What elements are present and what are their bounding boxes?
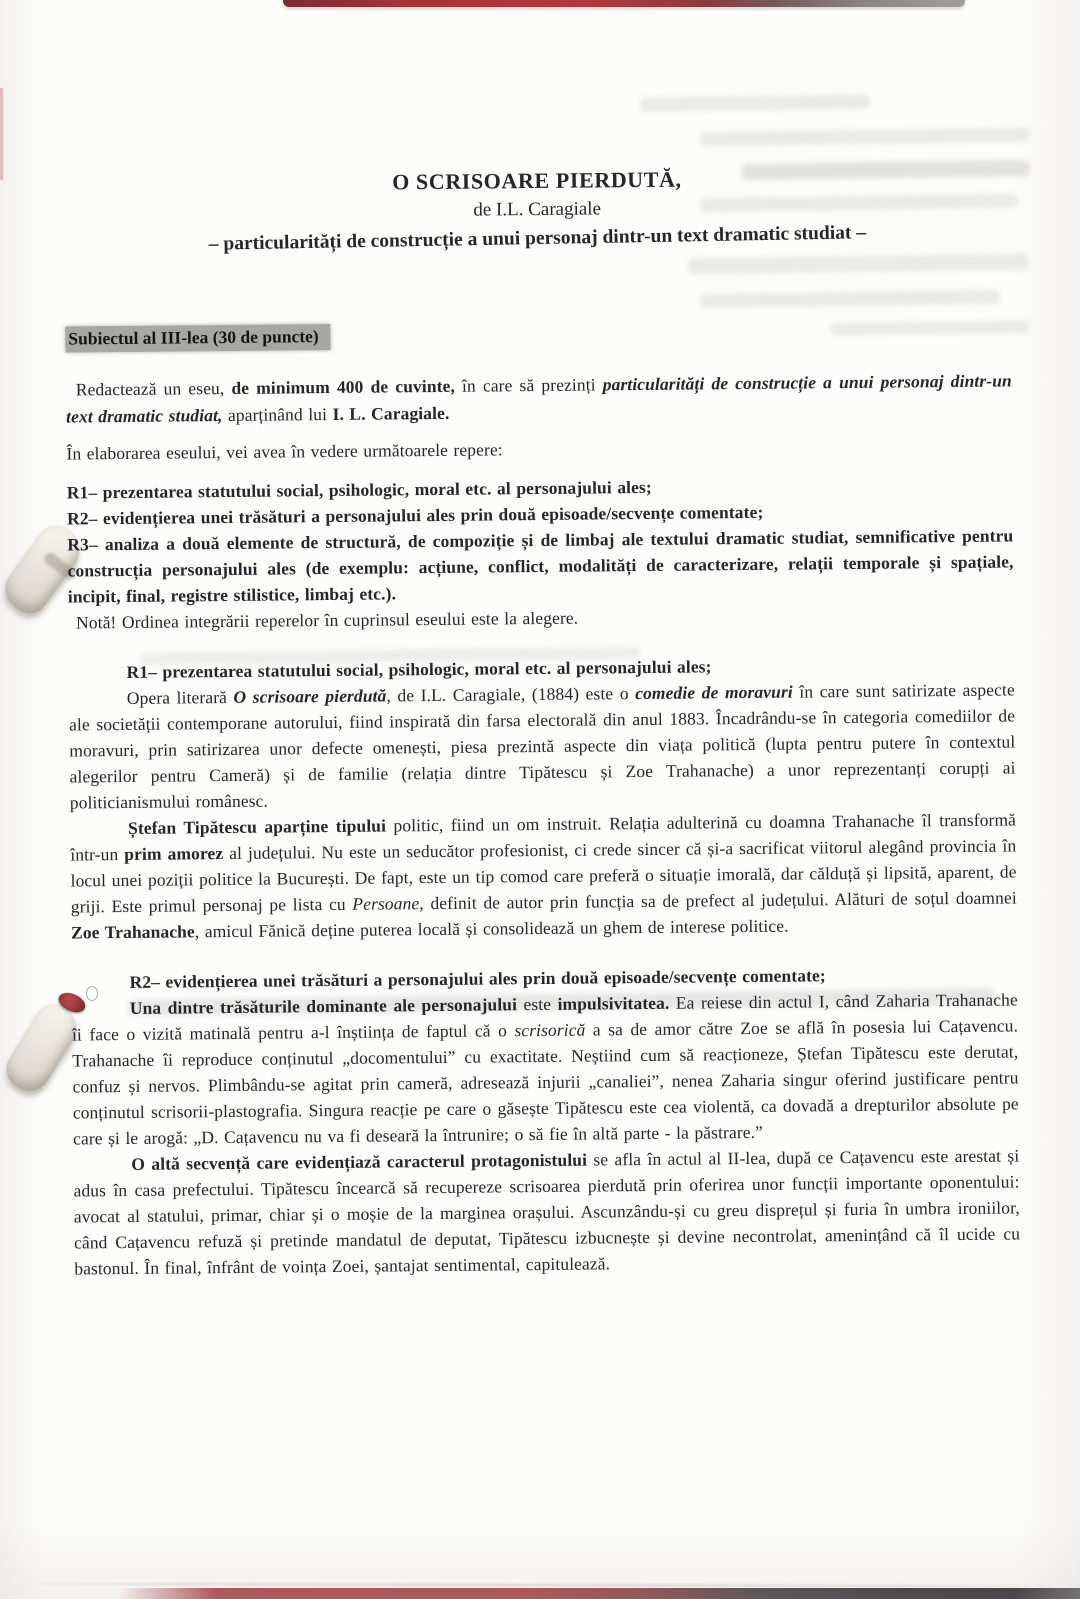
document-body: Redactează un eseu, de minimum 400 de cu…	[66, 367, 1021, 1281]
r2-paragraph-1: Una dintre trăsăturile dominante ale per…	[72, 986, 1019, 1151]
subject-heading-row: Subiectul al III-lea (30 de puncte)	[65, 317, 1011, 352]
subject-heading: Subiectul al III-lea (30 de puncte)	[65, 324, 331, 353]
r1-paragraph-2: Ștefan Tipătescu aparține tipului politi…	[70, 806, 1017, 945]
scanned-document-page: O SCRISOARE PIERDUTĂ, de I.L. Caragiale …	[0, 0, 1080, 1599]
task-instruction: În elaborarea eseului, vei avea în veder…	[66, 431, 1012, 466]
title-block: O SCRISOARE PIERDUTĂ, de I.L. Caragiale …	[64, 161, 1011, 258]
document-content: O SCRISOARE PIERDUTĂ, de I.L. Caragiale …	[0, 0, 1080, 1599]
task-paragraph: Redactează un eseu, de minimum 400 de cu…	[66, 367, 1012, 430]
requirement-r3: R3– analiza a două elemente de structură…	[67, 522, 1014, 609]
red-folder-edge-bottom	[0, 1588, 1080, 1599]
r2-paragraph-2: O altă secvență care evidențiază caracte…	[73, 1142, 1020, 1281]
r1-paragraph-1: Opera literară O scrisoare pierdută, de …	[69, 676, 1016, 815]
